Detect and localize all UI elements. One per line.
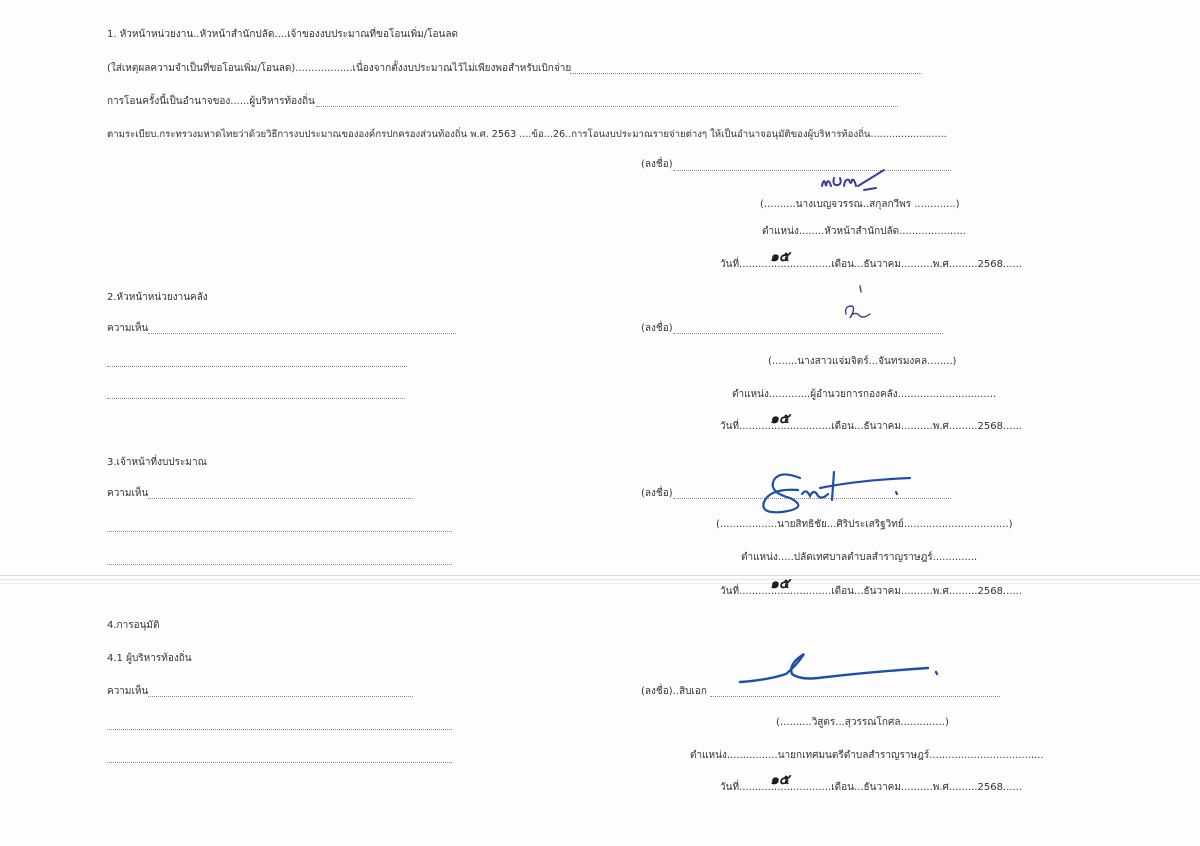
signature-1	[818, 166, 898, 196]
section1-sign-line	[673, 170, 951, 171]
section2-sign-label: (ลงชื่อ)	[641, 322, 673, 336]
section4-subheading: 4.1 ผู้บริหารท้องถิ่น	[107, 652, 192, 666]
section4-position: ตำแหน่ง................นายกเทศมนตรีตำบลส…	[690, 749, 1044, 763]
section3-opinion-line2[interactable]	[107, 531, 452, 532]
section4-heading: 4.การอนุมัติ	[107, 619, 160, 633]
section3-position: ตำแหน่ง.....ปลัดเทศบาลตำบลสำราญราษฎร์...…	[741, 551, 977, 565]
section1-position: ตำแหน่ง........หัวหน้าสำนักปลัด.........…	[762, 225, 966, 239]
section4-opinion-line3[interactable]	[107, 762, 452, 763]
section1-regulation: ตามระเบียบ.กระทรวงมหาดไทยว่าด้วยวิธีการง…	[107, 128, 947, 142]
section4-opinion-line1[interactable]	[148, 696, 413, 697]
section3-heading: 3.เจ้าหน้าที่งบประมาณ	[107, 456, 207, 470]
section2-sign-line	[673, 333, 943, 334]
section4-opinion-line2[interactable]	[107, 729, 452, 730]
section4-date: วันที่.............................เดือน…	[720, 781, 1022, 795]
signature-4	[738, 650, 948, 690]
section2-name: (........นางสาวแจ่มจิตร์...จันทรมงคล....…	[768, 355, 956, 369]
section2-opinion-line3[interactable]	[107, 398, 405, 399]
reason-dotted-line	[570, 73, 922, 74]
section3-sign-label: (ลงชื่อ)	[641, 487, 673, 501]
section1-line1: 1. หัวหน้าหน่วยงาน..หัวหน้าสำนักปลัด....…	[107, 28, 458, 42]
section1-day-handwritten: ๑๕	[770, 250, 789, 264]
section4-sign-line	[710, 696, 1000, 697]
section2-date: วันที่.............................เดือน…	[720, 420, 1022, 434]
section2-day-handwritten: ๑๕	[770, 412, 789, 426]
section2-opinion-line1[interactable]	[148, 333, 456, 334]
section3-name: (..................นายสิทธิชัย...ศิริประ…	[716, 518, 1013, 532]
scan-artifact-line	[0, 583, 1200, 584]
section3-date: วันที่.............................เดือน…	[720, 585, 1022, 599]
authority-dotted-line	[316, 106, 898, 107]
section1-sign-label: (ลงชื่อ)	[641, 158, 673, 172]
signature-3	[760, 468, 920, 518]
section3-opinion-line1[interactable]	[148, 498, 413, 499]
section1-authority: การโอนครั้งนี้เป็นอำนาจของ......ผู้บริหา…	[107, 95, 315, 109]
scan-artifact-line	[0, 575, 1200, 576]
section3-opinion-line3[interactable]	[107, 564, 452, 565]
section2-heading: 2.หัวหน้าหน่วยงานคลัง	[107, 291, 208, 305]
section1-date: วันที่.............................เดือน…	[720, 258, 1022, 272]
section4-sign-label: (ลงชื่อ)..สิบเอก	[641, 685, 707, 699]
section1-reason: (ใส่เหตุผลความจำเป็นที่ขอโอนเพิ่ม/โอนลด)…	[107, 62, 571, 76]
section1-name: (..........นางเบญจวรรณ..สกุลกวีพร ......…	[760, 198, 959, 212]
section4-day-handwritten: ๑๕	[770, 773, 789, 787]
signature-2	[840, 284, 880, 328]
section2-opinion-label: ความเห็น	[107, 322, 148, 336]
section2-position: ตำแหน่ง.............ผู้อำนวยการกองคลัง..…	[732, 388, 996, 402]
scan-artifact-line	[0, 579, 1200, 580]
section2-opinion-line2[interactable]	[107, 366, 407, 367]
section4-opinion-label: ความเห็น	[107, 685, 148, 699]
section3-opinion-label: ความเห็น	[107, 487, 148, 501]
section4-name: (..........วิสูตร...สุวรรณโกศล..........…	[776, 716, 949, 730]
section3-day-handwritten: ๑๕	[770, 577, 789, 591]
